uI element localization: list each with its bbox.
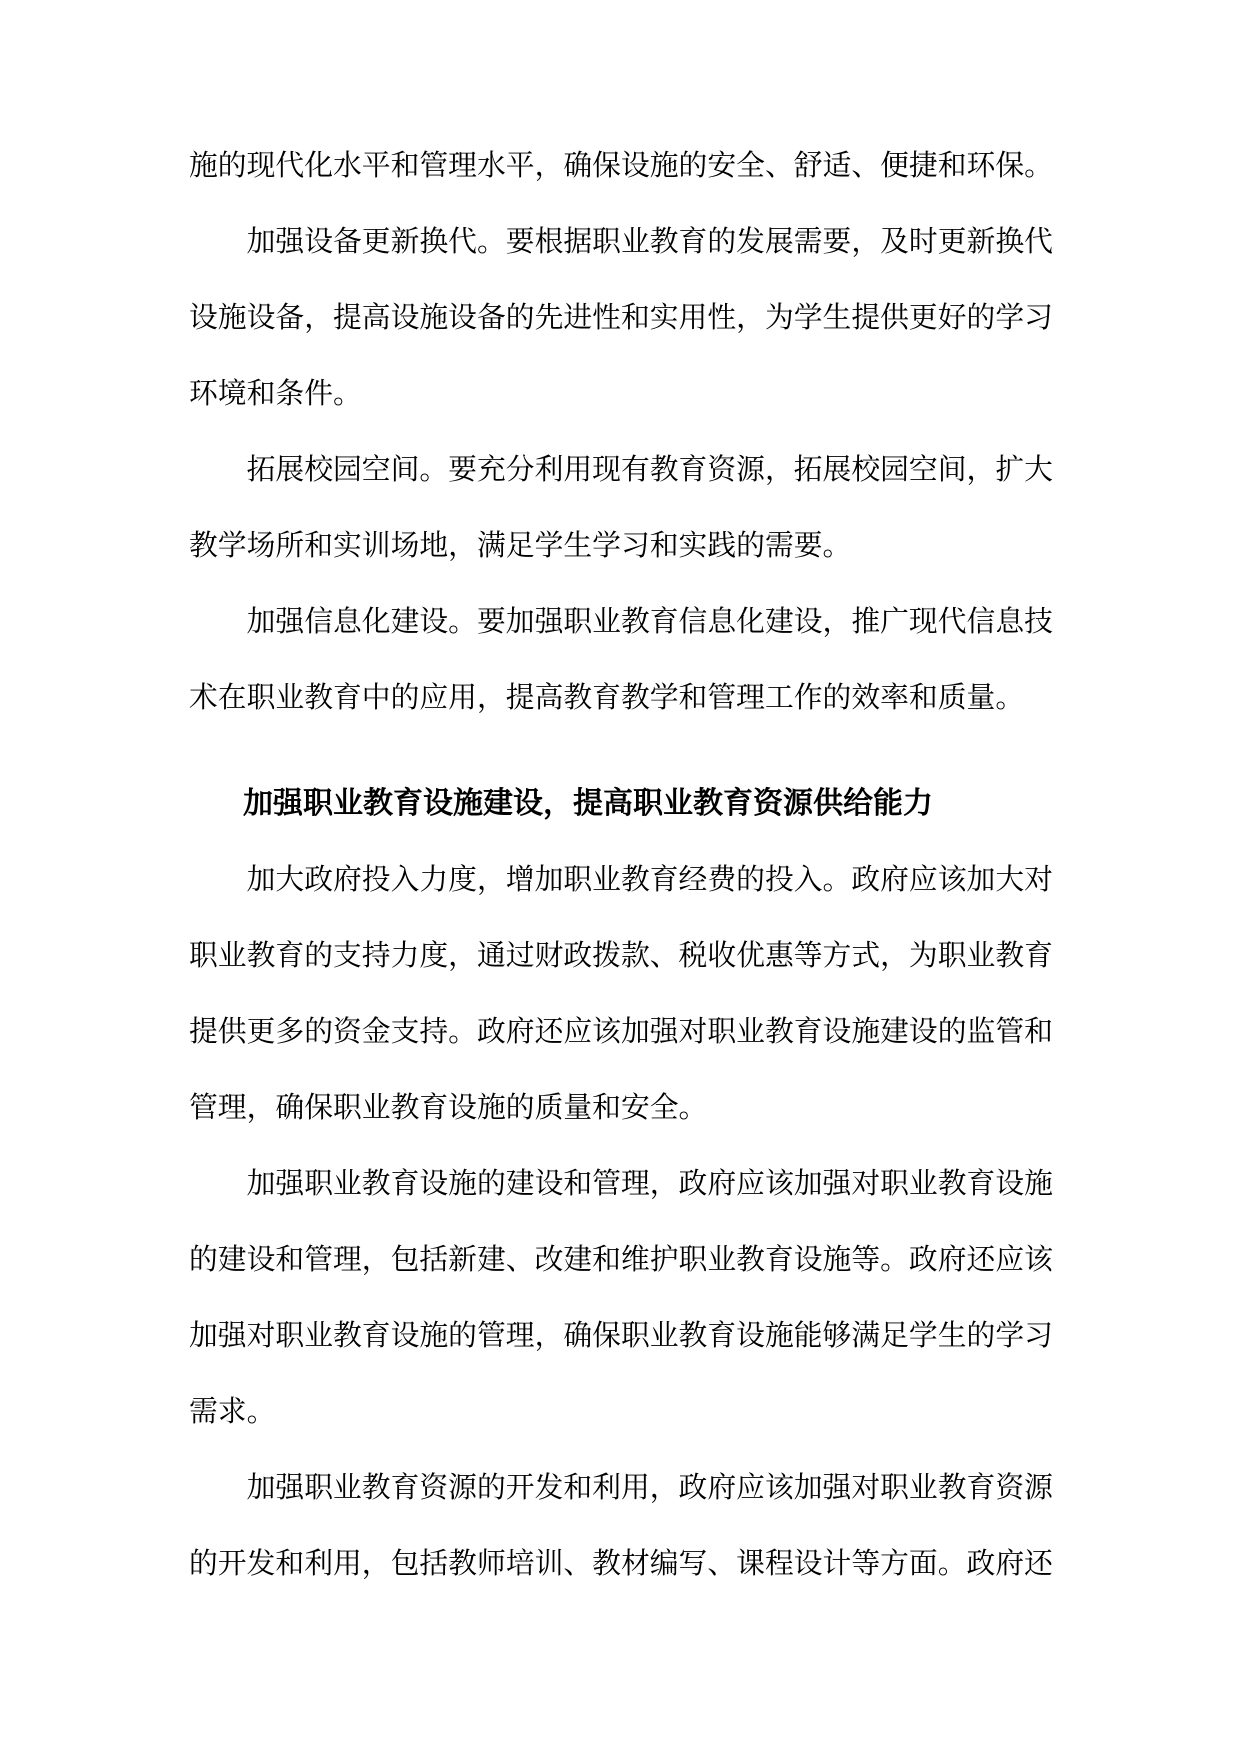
text-line: 教学场所和实训场地，满足学生学习和实践的需要。 xyxy=(189,508,1057,584)
paragraph: 加强设备更新换代。要根据职业教育的发展需要，及时更新换代设施设备，提高设施设备的… xyxy=(189,204,1057,432)
paragraph: 加大政府投入力度，增加职业教育经费的投入。政府应该加大对职业教育的支持力度，通过… xyxy=(189,842,1057,1146)
text-line: 管理，确保职业教育设施的质量和安全。 xyxy=(189,1070,1057,1146)
paragraph: 拓展校园空间。要充分利用现有教育资源，拓展校园空间，扩大教学场所和实训场地，满足… xyxy=(189,432,1057,584)
text-line: 加强对职业教育设施的管理，确保职业教育设施能够满足学生的学习 xyxy=(189,1298,1057,1374)
document-content: 施的现代化水平和管理水平，确保设施的安全、舒适、便捷和环保。加强设备更新换代。要… xyxy=(189,128,1057,1602)
text-line: 加强职业教育资源的开发和利用，政府应该加强对职业教育资源 xyxy=(189,1450,1057,1526)
paragraph: 加强职业教育设施的建设和管理，政府应该加强对职业教育设施的建设和管理，包括新建、… xyxy=(189,1146,1057,1450)
text-line: 需求。 xyxy=(189,1374,1057,1450)
paragraph: 加强职业教育资源的开发和利用，政府应该加强对职业教育资源的开发和利用，包括教师培… xyxy=(189,1450,1057,1602)
text-line: 提供更多的资金支持。政府还应该加强对职业教育设施建设的监管和 xyxy=(189,994,1057,1070)
text-line: 设施设备，提高设施设备的先进性和实用性，为学生提供更好的学习 xyxy=(189,280,1057,356)
text-line: 施的现代化水平和管理水平，确保设施的安全、舒适、便捷和环保。 xyxy=(189,128,1057,204)
paragraph: 加强信息化建设。要加强职业教育信息化建设，推广现代信息技术在职业教育中的应用，提… xyxy=(189,584,1057,736)
text-line: 加强信息化建设。要加强职业教育信息化建设，推广现代信息技 xyxy=(189,584,1057,660)
text-line: 加强设备更新换代。要根据职业教育的发展需要，及时更新换代 xyxy=(189,204,1057,280)
document-page: 施的现代化水平和管理水平，确保设施的安全、舒适、便捷和环保。加强设备更新换代。要… xyxy=(0,0,1241,1754)
text-line: 加强职业教育设施的建设和管理，政府应该加强对职业教育设施 xyxy=(189,1146,1057,1222)
text-line: 拓展校园空间。要充分利用现有教育资源，拓展校园空间，扩大 xyxy=(189,432,1057,508)
text-line: 加强职业教育设施建设，提高职业教育资源供给能力 xyxy=(189,766,1057,842)
text-line: 的建设和管理，包括新建、改建和维护职业教育设施等。政府还应该 xyxy=(189,1222,1057,1298)
text-line: 职业教育的支持力度，通过财政拨款、税收优惠等方式，为职业教育 xyxy=(189,918,1057,994)
text-line: 的开发和利用，包括教师培训、教材编写、课程设计等方面。政府还 xyxy=(189,1526,1057,1602)
text-line: 加大政府投入力度，增加职业教育经费的投入。政府应该加大对 xyxy=(189,842,1057,918)
section-heading: 加强职业教育设施建设，提高职业教育资源供给能力 xyxy=(189,766,1057,842)
text-line: 术在职业教育中的应用，提高教育教学和管理工作的效率和质量。 xyxy=(189,660,1057,736)
paragraph: 施的现代化水平和管理水平，确保设施的安全、舒适、便捷和环保。 xyxy=(189,128,1057,204)
text-line: 环境和条件。 xyxy=(189,356,1057,432)
